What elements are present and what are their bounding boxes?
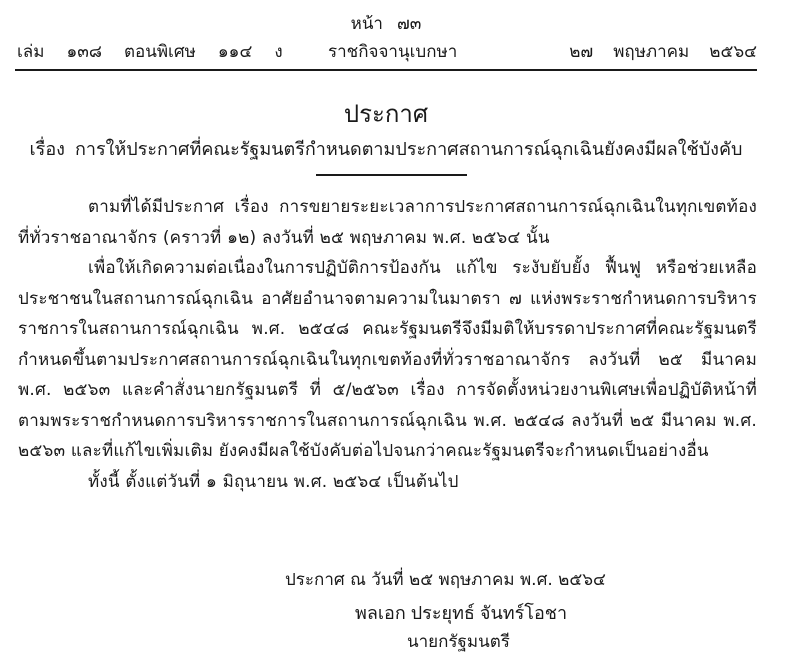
volume-label: เล่ม	[17, 42, 44, 61]
page-number: หน้า๗๓	[0, 10, 772, 37]
signatory-name: พลเอก ประยุทธ์ จันทร์โอชา	[355, 598, 567, 627]
gazette-header: หน้า๗๓ เล่ม๑๓๘ตอนพิเศษ๑๑๔ง ราชกิจจานุเบก…	[0, 0, 800, 72]
body-paragraph: ตามที่ได้มีประกาศ เรื่อง การขยายระยะเวลา…	[18, 192, 757, 253]
document-subject: เรื่องการให้ประกาศที่คณะรัฐมนตรีกำหนดตาม…	[0, 134, 772, 163]
publication-date: ๒๗พฤษภาคม๒๕๖๔	[549, 38, 757, 65]
section-number: ๑๑๔	[218, 42, 252, 61]
volume-info: เล่ม๑๓๘ตอนพิเศษ๑๑๔ง	[17, 38, 305, 65]
document-title: ประกาศ	[0, 94, 772, 133]
document-body: ตามที่ได้มีประกาศ เรื่อง การขยายระยะเวลา…	[18, 192, 757, 497]
date-month: พฤษภาคม	[613, 42, 689, 61]
subject-label: เรื่อง	[30, 139, 65, 159]
page-label: หน้า	[351, 14, 383, 33]
body-paragraph: ทั้งนี้ ตั้งแต่วันที่ ๑ มิถุนายน พ.ศ. ๒๕…	[18, 467, 757, 498]
volume-number: ๑๓๘	[66, 42, 102, 61]
signatory-position: นายกรัฐมนตรี	[407, 628, 510, 655]
title-divider	[316, 174, 467, 176]
section-letter: ง	[274, 42, 282, 61]
section-label: ตอนพิเศษ	[124, 42, 196, 61]
body-paragraph: เพื่อให้เกิดความต่อเนื่องในการปฏิบัติการ…	[18, 253, 757, 467]
gazette-info-row: เล่ม๑๓๘ตอนพิเศษ๑๑๔ง ราชกิจจานุเบกษา ๒๗พฤ…	[17, 38, 757, 64]
date-day: ๒๗	[569, 42, 593, 61]
announcement-date: ประกาศ ณ วันที่ ๒๕ พฤษภาคม พ.ศ. ๒๕๖๔	[285, 566, 606, 593]
subject-text: การให้ประกาศที่คณะรัฐมนตรีกำหนดตามประกาศ…	[75, 139, 743, 159]
date-year: ๒๕๖๔	[709, 42, 757, 61]
header-divider	[15, 69, 757, 71]
page-number-value: ๗๓	[397, 14, 421, 33]
publication-name: ราชกิจจานุเบกษา	[328, 38, 457, 65]
